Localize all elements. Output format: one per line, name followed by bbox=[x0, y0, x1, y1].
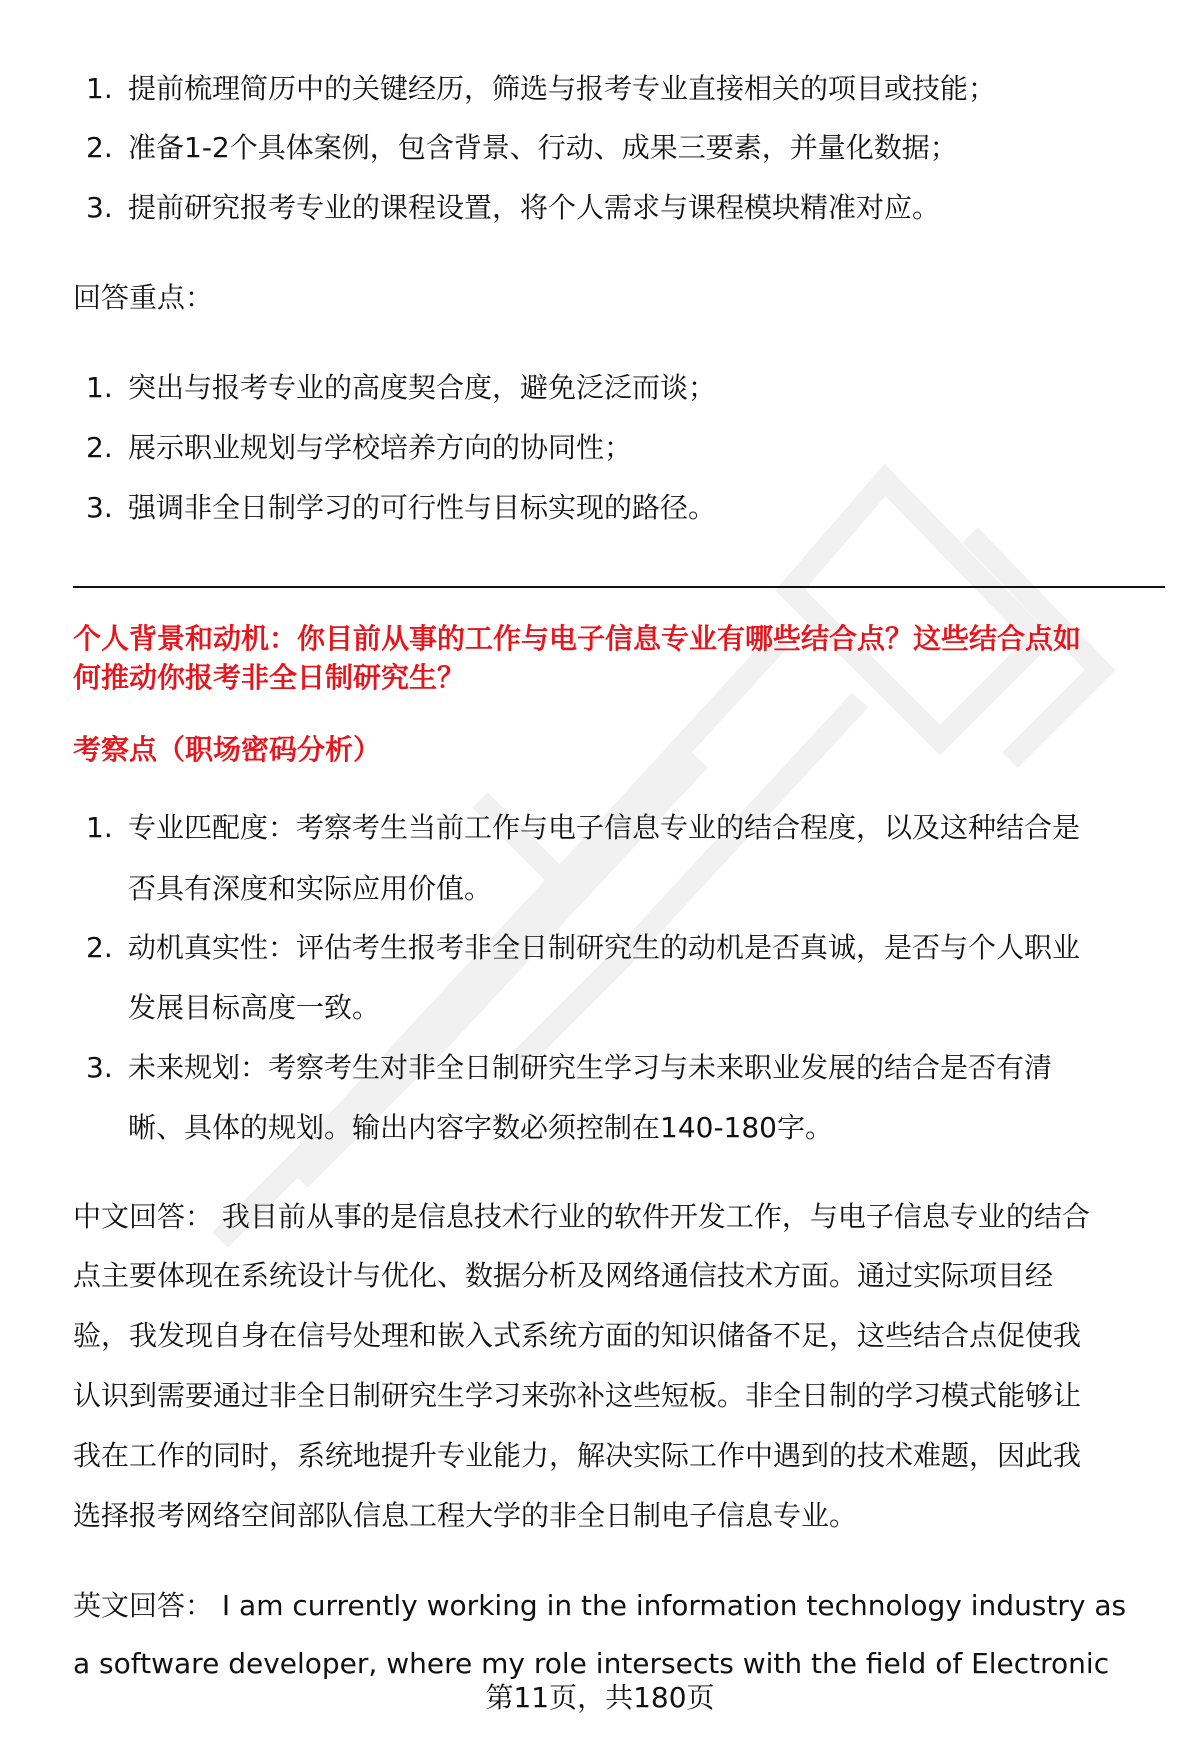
question-heading-line2: 何推动你报考非全日制研究生？ bbox=[73, 660, 465, 696]
list-item: 强调非全日制学习的可行性与目标实现的路径。 bbox=[128, 490, 716, 526]
list-number: 3. bbox=[86, 490, 113, 526]
list-item: 动机真实性：评估考生报考非全日制研究生的动机是否真诚，是否与个人职业 bbox=[128, 930, 1080, 966]
answer-line: 中文回答： 我目前从事的是信息技术行业的软件开发工作，与电子信息专业的结合 bbox=[73, 1199, 1090, 1235]
list-item: 提前研究报考专业的课程设置，将个人需求与课程模块精准对应。 bbox=[128, 190, 940, 226]
list-item: 展示职业规划与学校培养方向的协同性； bbox=[128, 430, 632, 466]
answer-line: 验，我发现自身在信号处理和嵌入式系统方面的知识储备不足，这些结合点促使我 bbox=[73, 1318, 1081, 1354]
list-number: 2. bbox=[86, 930, 113, 966]
answer-line: 选择报考网络空间部队信息工程大学的非全日制电子信息专业。 bbox=[73, 1498, 857, 1534]
list-item-cont: 发展目标高度一致。 bbox=[128, 990, 380, 1026]
answer-line: 英文回答： I am currently working in the info… bbox=[73, 1588, 1126, 1624]
list-number: 1. bbox=[86, 71, 113, 107]
answer-line: 我在工作的同时，系统地提升专业能力，解决实际工作中遇到的技术难题，因此我 bbox=[73, 1438, 1081, 1474]
list-item-cont: 晰、具体的规划。输出内容字数必须控制在140-180字。 bbox=[128, 1110, 833, 1146]
question-heading-line1: 个人背景和动机：你目前从事的工作与电子信息专业有哪些结合点？这些结合点如 bbox=[73, 621, 1081, 657]
list-number: 3. bbox=[86, 1050, 113, 1086]
list-number: 1. bbox=[86, 810, 113, 846]
list-number: 3. bbox=[86, 190, 113, 226]
page-number: 第11页，共180页 bbox=[0, 1680, 1200, 1716]
divider bbox=[73, 586, 1165, 588]
answer-line: 认识到需要通过非全日制研究生学习来弥补这些短板。非全日制的学习模式能够让 bbox=[73, 1378, 1081, 1414]
exam-points-heading: 考察点（职场密码分析） bbox=[73, 732, 381, 768]
list-number: 2. bbox=[86, 430, 113, 466]
list-item: 准备1-2个具体案例，包含背景、行动、成果三要素，并量化数据； bbox=[128, 130, 958, 166]
list-number: 1. bbox=[86, 370, 113, 406]
list-item: 突出与报考专业的高度契合度，避免泛泛而谈； bbox=[128, 370, 716, 406]
answer-line: a software developer, where my role inte… bbox=[73, 1646, 1109, 1682]
list-item: 提前梳理简历中的关键经历，筛选与报考专业直接相关的项目或技能； bbox=[128, 71, 996, 107]
list-item: 未来规划：考察考生对非全日制研究生学习与未来职业发展的结合是否有清 bbox=[128, 1050, 1052, 1086]
answer-line: 点主要体现在系统设计与优化、数据分析及网络通信技术方面。通过实际项目经 bbox=[73, 1258, 1053, 1294]
list-number: 2. bbox=[86, 130, 113, 166]
focus-heading: 回答重点： bbox=[73, 280, 213, 316]
list-item: 专业匹配度：考察考生当前工作与电子信息专业的结合程度，以及这种结合是 bbox=[128, 810, 1080, 846]
list-item-cont: 否具有深度和实际应用价值。 bbox=[128, 871, 492, 907]
